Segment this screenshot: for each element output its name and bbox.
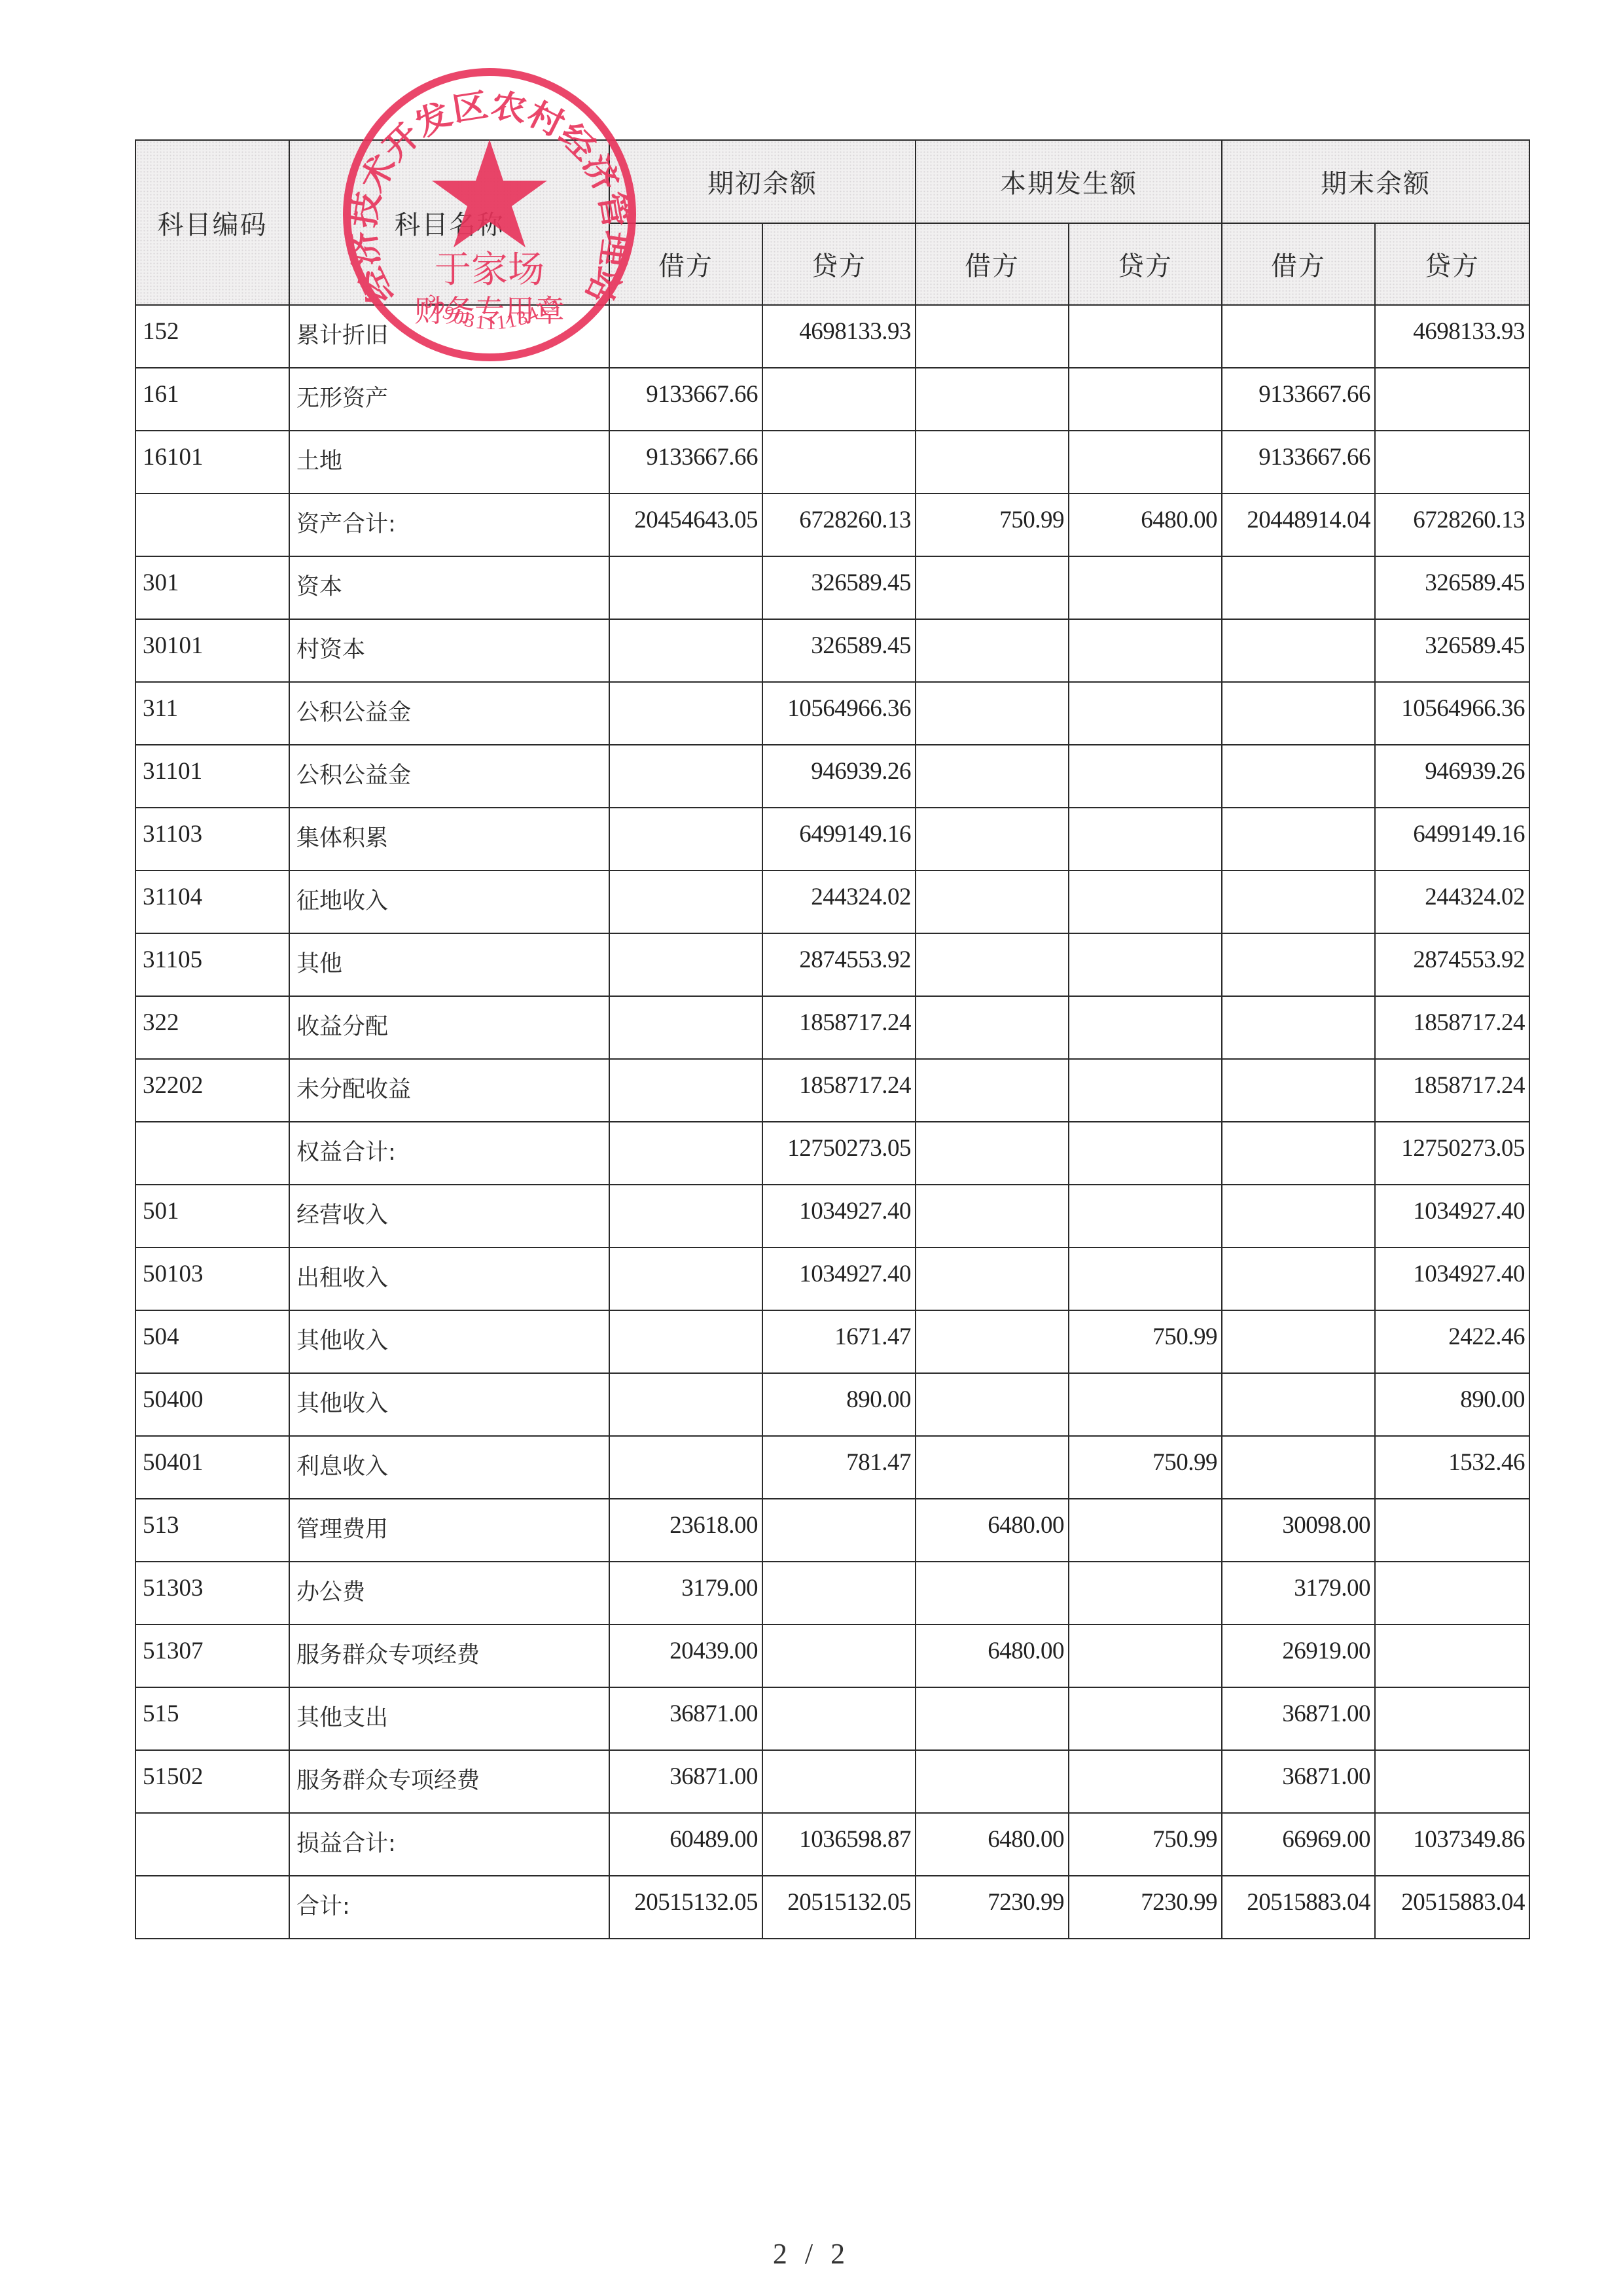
cell-closing-debit xyxy=(1222,305,1375,368)
opening-debit-value xyxy=(610,871,762,883)
current-credit-value xyxy=(1069,1060,1221,1071)
cell-opening-credit: 890.00 xyxy=(762,1373,916,1436)
account-code-value: 50400 xyxy=(136,1374,289,1414)
cell-current-debit xyxy=(916,682,1069,745)
cell-opening-credit: 6728260.13 xyxy=(762,493,916,556)
account-name-value: 利息收入 xyxy=(290,1437,609,1481)
opening-credit-value: 1036598.87 xyxy=(763,1814,915,1854)
cell-account-code: 50400 xyxy=(135,1373,289,1436)
opening-credit-value xyxy=(763,1688,915,1700)
account-code-value: 311 xyxy=(136,683,289,723)
cell-closing-credit xyxy=(1375,1499,1529,1562)
cell-closing-debit: 36871.00 xyxy=(1222,1687,1375,1750)
cell-opening-credit: 326589.45 xyxy=(762,556,916,619)
table-row: 50103出租收入1034927.401034927.40 xyxy=(135,1247,1529,1310)
closing-credit-value: 1532.46 xyxy=(1376,1437,1529,1477)
cell-current-debit xyxy=(916,1247,1069,1310)
cell-current-credit xyxy=(1069,305,1222,368)
cell-closing-credit: 2874553.92 xyxy=(1375,933,1529,996)
opening-debit-value: 36871.00 xyxy=(610,1688,762,1728)
opening-credit-value xyxy=(763,1562,915,1574)
opening-credit-value: 20515132.05 xyxy=(763,1876,915,1916)
cell-account-name: 利息收入 xyxy=(289,1436,609,1499)
account-name-value: 资产合计: xyxy=(290,494,609,539)
opening-credit-value xyxy=(763,431,915,443)
current-debit-value xyxy=(916,683,1068,694)
current-debit-value xyxy=(916,1562,1068,1574)
cell-closing-credit: 326589.45 xyxy=(1375,619,1529,682)
cell-current-credit: 750.99 xyxy=(1069,1436,1222,1499)
cell-account-code: 161 xyxy=(135,368,289,431)
cell-current-debit xyxy=(916,870,1069,933)
account-name-value: 服务群众专项经费 xyxy=(290,1751,609,1795)
cell-opening-debit: 23618.00 xyxy=(609,1499,762,1562)
header-current-debit: 借方 xyxy=(916,223,1069,305)
cell-account-code: 50401 xyxy=(135,1436,289,1499)
current-credit-value: 750.99 xyxy=(1069,1814,1221,1854)
cell-closing-credit: 326589.45 xyxy=(1375,556,1529,619)
current-credit-value xyxy=(1069,1562,1221,1574)
closing-debit-value: 30098.00 xyxy=(1222,1499,1374,1539)
closing-debit-value xyxy=(1222,1185,1374,1197)
cell-account-name: 其他收入 xyxy=(289,1373,609,1436)
cell-current-debit xyxy=(916,556,1069,619)
current-debit-value: 7230.99 xyxy=(916,1876,1068,1916)
opening-credit-value xyxy=(763,1625,915,1637)
current-credit-value: 6480.00 xyxy=(1069,494,1221,534)
opening-debit-value xyxy=(610,934,762,946)
cell-account-code: 504 xyxy=(135,1310,289,1373)
closing-credit-value xyxy=(1376,1751,1529,1763)
cell-closing-credit: 6499149.16 xyxy=(1375,808,1529,870)
closing-debit-value: 3179.00 xyxy=(1222,1562,1374,1602)
account-code-value xyxy=(136,1122,289,1134)
cell-opening-credit: 10564966.36 xyxy=(762,682,916,745)
opening-debit-value: 9133667.66 xyxy=(610,431,762,471)
closing-debit-value: 9133667.66 xyxy=(1222,431,1374,471)
closing-credit-value: 326589.45 xyxy=(1376,557,1529,597)
closing-debit-value xyxy=(1222,683,1374,694)
header-current-credit: 贷方 xyxy=(1069,223,1222,305)
opening-credit-value: 6499149.16 xyxy=(763,808,915,848)
closing-credit-value: 4698133.93 xyxy=(1376,306,1529,346)
cell-account-code: 31104 xyxy=(135,870,289,933)
cell-closing-debit xyxy=(1222,996,1375,1059)
cell-current-debit: 6480.00 xyxy=(916,1499,1069,1562)
current-credit-value xyxy=(1069,1625,1221,1637)
table-row: 152累计折旧4698133.934698133.93 xyxy=(135,305,1529,368)
cell-account-name: 累计折旧 xyxy=(289,305,609,368)
cell-current-debit xyxy=(916,745,1069,808)
account-name-value: 服务群众专项经费 xyxy=(290,1625,609,1670)
table-row: 权益合计:12750273.0512750273.05 xyxy=(135,1122,1529,1185)
cell-account-name: 服务群众专项经费 xyxy=(289,1624,609,1687)
closing-debit-value: 66969.00 xyxy=(1222,1814,1374,1854)
cell-opening-debit xyxy=(609,745,762,808)
cell-closing-credit: 4698133.93 xyxy=(1375,305,1529,368)
cell-opening-debit: 20454643.05 xyxy=(609,493,762,556)
current-debit-value xyxy=(916,934,1068,946)
cell-closing-debit xyxy=(1222,682,1375,745)
opening-credit-value: 244324.02 xyxy=(763,871,915,911)
cell-closing-debit: 3179.00 xyxy=(1222,1562,1375,1624)
closing-credit-value xyxy=(1376,1562,1529,1574)
closing-debit-value: 26919.00 xyxy=(1222,1625,1374,1665)
cell-current-credit: 750.99 xyxy=(1069,1310,1222,1373)
opening-credit-value: 1858717.24 xyxy=(763,1060,915,1100)
cell-current-debit: 6480.00 xyxy=(916,1813,1069,1876)
cell-closing-debit xyxy=(1222,1373,1375,1436)
table-row: 51307服务群众专项经费20439.006480.0026919.00 xyxy=(135,1624,1529,1687)
account-name-value: 管理费用 xyxy=(290,1499,609,1544)
opening-credit-value xyxy=(763,1751,915,1763)
cell-current-debit xyxy=(916,1185,1069,1247)
cell-closing-credit: 946939.26 xyxy=(1375,745,1529,808)
opening-debit-value xyxy=(610,997,762,1009)
opening-credit-value xyxy=(763,368,915,380)
cell-account-name: 其他 xyxy=(289,933,609,996)
cell-current-credit xyxy=(1069,1247,1222,1310)
cell-account-code: 51303 xyxy=(135,1562,289,1624)
cell-account-name: 经营收入 xyxy=(289,1185,609,1247)
cell-account-name: 其他支出 xyxy=(289,1687,609,1750)
account-code-value: 32202 xyxy=(136,1060,289,1100)
cell-current-credit xyxy=(1069,431,1222,493)
cell-current-debit: 750.99 xyxy=(916,493,1069,556)
cell-account-code: 31105 xyxy=(135,933,289,996)
account-code-value: 161 xyxy=(136,368,289,408)
current-debit-value xyxy=(916,997,1068,1009)
opening-credit-value: 1034927.40 xyxy=(763,1248,915,1288)
current-debit-value xyxy=(916,368,1068,380)
account-name-value: 累计折旧 xyxy=(290,306,609,350)
cell-opening-credit: 1671.47 xyxy=(762,1310,916,1373)
opening-credit-value: 946939.26 xyxy=(763,745,915,785)
closing-credit-value xyxy=(1376,1499,1529,1511)
cell-account-name: 资产合计: xyxy=(289,493,609,556)
account-code-value: 322 xyxy=(136,997,289,1037)
cell-current-credit xyxy=(1069,1750,1222,1813)
current-debit-value xyxy=(916,1437,1068,1448)
closing-credit-value: 1858717.24 xyxy=(1376,1060,1529,1100)
cell-current-debit xyxy=(916,1750,1069,1813)
cell-opening-credit: 1858717.24 xyxy=(762,1059,916,1122)
cell-opening-credit: 946939.26 xyxy=(762,745,916,808)
opening-debit-value: 20515132.05 xyxy=(610,1876,762,1916)
current-credit-value: 750.99 xyxy=(1069,1437,1221,1477)
cell-opening-credit xyxy=(762,1499,916,1562)
cell-current-credit xyxy=(1069,1373,1222,1436)
closing-credit-value: 12750273.05 xyxy=(1376,1122,1529,1162)
cell-account-name: 无形资产 xyxy=(289,368,609,431)
account-name-value: 损益合计: xyxy=(290,1814,609,1858)
trial-balance-table: 科目编码 科目名称 期初余额 本期发生额 期末余额 借方 贷方 借方 贷方 借方… xyxy=(135,139,1530,1939)
cell-opening-debit: 20439.00 xyxy=(609,1624,762,1687)
closing-debit-value xyxy=(1222,1060,1374,1071)
cell-closing-debit: 36871.00 xyxy=(1222,1750,1375,1813)
cell-opening-credit xyxy=(762,1750,916,1813)
closing-debit-value xyxy=(1222,808,1374,820)
cell-opening-credit xyxy=(762,368,916,431)
cell-opening-credit: 6499149.16 xyxy=(762,808,916,870)
cell-current-credit xyxy=(1069,1059,1222,1122)
cell-opening-credit: 244324.02 xyxy=(762,870,916,933)
cell-opening-debit xyxy=(609,1185,762,1247)
current-credit-value xyxy=(1069,1248,1221,1260)
current-credit-value xyxy=(1069,1185,1221,1197)
opening-debit-value xyxy=(610,1248,762,1260)
account-name-value: 资本 xyxy=(290,557,609,601)
table-row: 30101村资本326589.45326589.45 xyxy=(135,619,1529,682)
table-row: 322收益分配1858717.241858717.24 xyxy=(135,996,1529,1059)
cell-closing-credit: 12750273.05 xyxy=(1375,1122,1529,1185)
cell-closing-debit xyxy=(1222,556,1375,619)
cell-closing-debit: 30098.00 xyxy=(1222,1499,1375,1562)
opening-debit-value xyxy=(610,745,762,757)
closing-debit-value xyxy=(1222,745,1374,757)
cell-account-name: 出租收入 xyxy=(289,1247,609,1310)
header-closing-balance: 期末余额 xyxy=(1222,140,1529,223)
cell-account-code: 31103 xyxy=(135,808,289,870)
table-row: 合计:20515132.0520515132.057230.997230.992… xyxy=(135,1876,1529,1939)
current-credit-value xyxy=(1069,1688,1221,1700)
cell-closing-credit: 244324.02 xyxy=(1375,870,1529,933)
account-name-value: 出租收入 xyxy=(290,1248,609,1293)
closing-debit-value: 20448914.04 xyxy=(1222,494,1374,534)
cell-closing-credit: 6728260.13 xyxy=(1375,493,1529,556)
closing-credit-value: 6728260.13 xyxy=(1376,494,1529,534)
cell-opening-credit: 4698133.93 xyxy=(762,305,916,368)
cell-closing-debit xyxy=(1222,933,1375,996)
cell-closing-credit xyxy=(1375,1687,1529,1750)
cell-account-code: 51502 xyxy=(135,1750,289,1813)
cell-closing-debit xyxy=(1222,1059,1375,1122)
current-credit-value xyxy=(1069,871,1221,883)
table-row: 311公积公益金10564966.3610564966.36 xyxy=(135,682,1529,745)
closing-credit-value: 1034927.40 xyxy=(1376,1185,1529,1225)
cell-opening-credit xyxy=(762,1624,916,1687)
opening-credit-value: 1034927.40 xyxy=(763,1185,915,1225)
cell-opening-debit xyxy=(609,870,762,933)
cell-closing-debit xyxy=(1222,1310,1375,1373)
current-credit-value xyxy=(1069,997,1221,1009)
opening-debit-value xyxy=(610,808,762,820)
cell-current-credit xyxy=(1069,1122,1222,1185)
cell-account-name: 未分配收益 xyxy=(289,1059,609,1122)
current-credit-value: 750.99 xyxy=(1069,1311,1221,1351)
cell-closing-debit: 9133667.66 xyxy=(1222,368,1375,431)
account-code-value: 513 xyxy=(136,1499,289,1539)
header-opening-debit: 借方 xyxy=(609,223,762,305)
closing-credit-value: 890.00 xyxy=(1376,1374,1529,1414)
cell-account-code: 501 xyxy=(135,1185,289,1247)
cell-current-debit xyxy=(916,808,1069,870)
closing-credit-value xyxy=(1376,431,1529,443)
cell-closing-credit xyxy=(1375,368,1529,431)
cell-opening-debit: 60489.00 xyxy=(609,1813,762,1876)
closing-credit-value xyxy=(1376,368,1529,380)
account-name-value: 无形资产 xyxy=(290,368,609,413)
cell-opening-debit xyxy=(609,933,762,996)
cell-current-debit xyxy=(916,1562,1069,1624)
account-name-value: 公积公益金 xyxy=(290,683,609,727)
current-credit-value xyxy=(1069,745,1221,757)
account-code-value: 501 xyxy=(136,1185,289,1225)
cell-opening-credit: 1034927.40 xyxy=(762,1185,916,1247)
closing-credit-value: 1034927.40 xyxy=(1376,1248,1529,1288)
opening-credit-value: 10564966.36 xyxy=(763,683,915,723)
opening-debit-value xyxy=(610,557,762,569)
cell-current-credit xyxy=(1069,1624,1222,1687)
account-code-value: 152 xyxy=(136,306,289,346)
account-name-value: 其他 xyxy=(290,934,609,978)
cell-opening-debit xyxy=(609,1122,762,1185)
current-credit-value xyxy=(1069,1499,1221,1511)
cell-current-debit xyxy=(916,1373,1069,1436)
account-name-value: 未分配收益 xyxy=(290,1060,609,1104)
cell-closing-credit xyxy=(1375,1624,1529,1687)
cell-current-debit xyxy=(916,431,1069,493)
current-debit-value xyxy=(916,620,1068,632)
cell-account-name: 收益分配 xyxy=(289,996,609,1059)
closing-credit-value: 1037349.86 xyxy=(1376,1814,1529,1854)
current-debit-value xyxy=(916,808,1068,820)
opening-debit-value xyxy=(610,1437,762,1448)
table-row: 161无形资产9133667.669133667.66 xyxy=(135,368,1529,431)
cell-closing-credit: 1037349.86 xyxy=(1375,1813,1529,1876)
opening-debit-value xyxy=(610,683,762,694)
closing-credit-value: 946939.26 xyxy=(1376,745,1529,785)
cell-opening-credit xyxy=(762,1687,916,1750)
opening-debit-value: 23618.00 xyxy=(610,1499,762,1539)
cell-closing-credit: 20515883.04 xyxy=(1375,1876,1529,1939)
account-code-value: 301 xyxy=(136,557,289,597)
table-row: 51502服务群众专项经费36871.0036871.00 xyxy=(135,1750,1529,1813)
cell-opening-debit xyxy=(609,556,762,619)
opening-credit-value xyxy=(763,1499,915,1511)
account-code-value: 31105 xyxy=(136,934,289,974)
closing-debit-value xyxy=(1222,1311,1374,1323)
cell-opening-credit: 2874553.92 xyxy=(762,933,916,996)
closing-credit-value: 244324.02 xyxy=(1376,871,1529,911)
opening-debit-value: 20439.00 xyxy=(610,1625,762,1665)
opening-credit-value: 4698133.93 xyxy=(763,306,915,346)
cell-opening-credit: 12750273.05 xyxy=(762,1122,916,1185)
cell-opening-credit: 1036598.87 xyxy=(762,1813,916,1876)
cell-closing-credit: 1858717.24 xyxy=(1375,996,1529,1059)
opening-credit-value: 1858717.24 xyxy=(763,997,915,1037)
account-name-value: 办公费 xyxy=(290,1562,609,1607)
current-debit-value xyxy=(916,1122,1068,1134)
cell-current-credit xyxy=(1069,808,1222,870)
header-closing-debit: 借方 xyxy=(1222,223,1375,305)
cell-opening-credit: 1858717.24 xyxy=(762,996,916,1059)
table-row: 301资本326589.45326589.45 xyxy=(135,556,1529,619)
cell-opening-debit xyxy=(609,682,762,745)
account-name-value: 其他收入 xyxy=(290,1311,609,1355)
closing-debit-value xyxy=(1222,620,1374,632)
cell-current-credit xyxy=(1069,682,1222,745)
table-row: 51303办公费3179.003179.00 xyxy=(135,1562,1529,1624)
table-row: 资产合计:20454643.056728260.13750.996480.002… xyxy=(135,493,1529,556)
header-current-period: 本期发生额 xyxy=(916,140,1222,223)
account-name-value: 其他收入 xyxy=(290,1374,609,1418)
cell-current-credit xyxy=(1069,556,1222,619)
opening-credit-value: 6728260.13 xyxy=(763,494,915,534)
account-name-value: 经营收入 xyxy=(290,1185,609,1230)
current-debit-value: 750.99 xyxy=(916,494,1068,534)
cell-account-code: 322 xyxy=(135,996,289,1059)
closing-debit-value: 36871.00 xyxy=(1222,1751,1374,1791)
cell-closing-debit xyxy=(1222,1185,1375,1247)
opening-debit-value xyxy=(610,620,762,632)
cell-opening-debit xyxy=(609,1247,762,1310)
opening-debit-value: 9133667.66 xyxy=(610,368,762,408)
cell-current-debit xyxy=(916,1310,1069,1373)
current-credit-value xyxy=(1069,808,1221,820)
cell-closing-debit xyxy=(1222,619,1375,682)
current-credit-value: 7230.99 xyxy=(1069,1876,1221,1916)
current-debit-value xyxy=(916,745,1068,757)
current-credit-value xyxy=(1069,306,1221,317)
current-credit-value xyxy=(1069,620,1221,632)
closing-debit-value xyxy=(1222,1122,1374,1134)
opening-debit-value: 60489.00 xyxy=(610,1814,762,1854)
closing-debit-value: 20515883.04 xyxy=(1222,1876,1374,1916)
cell-account-name: 合计: xyxy=(289,1876,609,1939)
header-account-code: 科目编码 xyxy=(135,140,289,305)
closing-credit-value: 10564966.36 xyxy=(1376,683,1529,723)
cell-current-credit xyxy=(1069,368,1222,431)
closing-credit-value: 6499149.16 xyxy=(1376,808,1529,848)
closing-debit-value xyxy=(1222,1437,1374,1448)
cell-opening-credit: 1034927.40 xyxy=(762,1247,916,1310)
cell-opening-debit xyxy=(609,1310,762,1373)
opening-debit-value xyxy=(610,1311,762,1323)
current-debit-value xyxy=(916,1751,1068,1763)
cell-account-code xyxy=(135,493,289,556)
current-debit-value xyxy=(916,1374,1068,1386)
opening-credit-value: 890.00 xyxy=(763,1374,915,1414)
opening-debit-value xyxy=(610,1122,762,1134)
account-name-value: 征地收入 xyxy=(290,871,609,916)
opening-debit-value xyxy=(610,1185,762,1197)
account-name-value: 权益合计: xyxy=(290,1122,609,1167)
cell-opening-debit xyxy=(609,808,762,870)
cell-opening-debit xyxy=(609,305,762,368)
cell-current-credit xyxy=(1069,1499,1222,1562)
closing-credit-value: 20515883.04 xyxy=(1376,1876,1529,1916)
account-code-value: 50401 xyxy=(136,1437,289,1477)
cell-account-code: 301 xyxy=(135,556,289,619)
account-name-value: 其他支出 xyxy=(290,1688,609,1732)
table-row: 31105其他2874553.922874553.92 xyxy=(135,933,1529,996)
cell-closing-debit: 9133667.66 xyxy=(1222,431,1375,493)
cell-current-debit xyxy=(916,1122,1069,1185)
cell-opening-credit: 20515132.05 xyxy=(762,1876,916,1939)
current-debit-value xyxy=(916,431,1068,443)
opening-debit-value xyxy=(610,1060,762,1071)
cell-opening-debit xyxy=(609,996,762,1059)
account-name-value: 土地 xyxy=(290,431,609,476)
trial-balance-sheet: 科目编码 科目名称 期初余额 本期发生额 期末余额 借方 贷方 借方 贷方 借方… xyxy=(135,139,1529,1939)
cell-current-debit xyxy=(916,619,1069,682)
opening-credit-value: 1671.47 xyxy=(763,1311,915,1351)
cell-closing-credit xyxy=(1375,1750,1529,1813)
account-code-value xyxy=(136,1876,289,1888)
account-code-value: 30101 xyxy=(136,620,289,660)
cell-closing-debit xyxy=(1222,745,1375,808)
